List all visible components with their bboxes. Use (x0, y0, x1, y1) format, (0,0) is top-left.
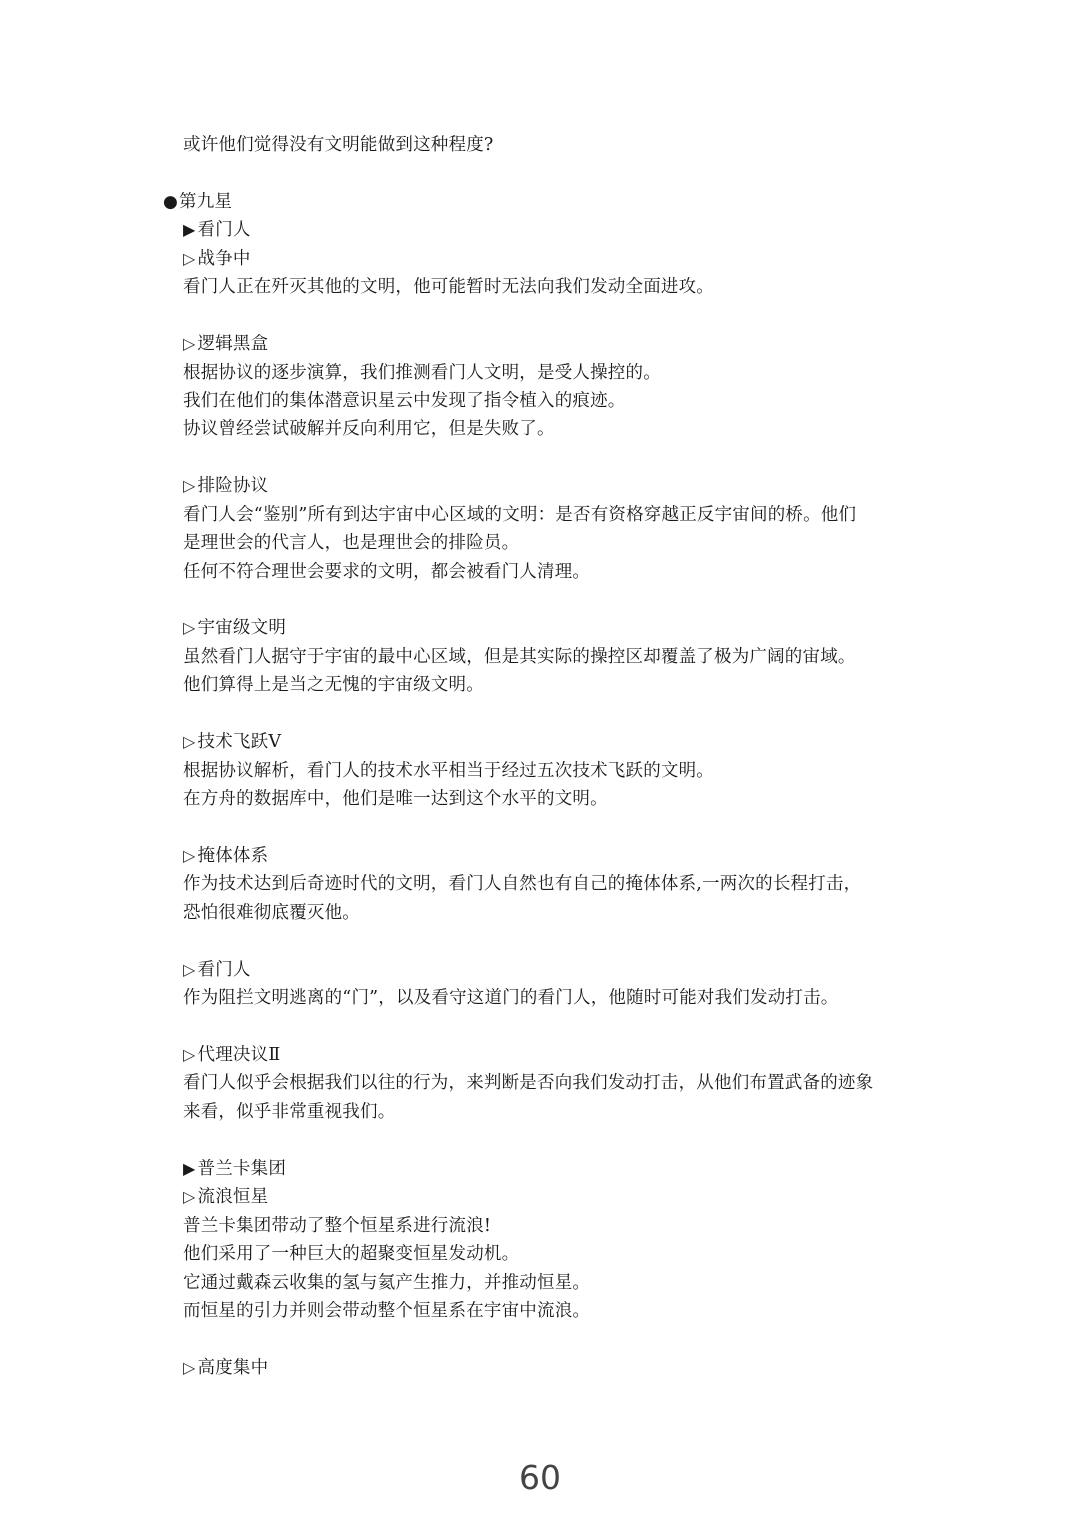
entry-title: 高度集中 (198, 1358, 269, 1378)
outline-triangle-icon: ▷ (183, 1183, 196, 1211)
entry-title: 掩体体系 (198, 846, 269, 866)
entry-text: 它通过戴森云收集的氢与氦产生推力，并推动恒星。 (183, 1269, 923, 1297)
entry-text: 恐怕很难彻底覆灭他。 (183, 899, 923, 927)
entry-text: 来看，似乎非常重视我们。 (183, 1098, 923, 1126)
entry-text: 任何不符合理世会要求的文明，都会被看门人清理。 (183, 558, 923, 586)
entry-heading: ▷掩体体系 (183, 842, 923, 870)
entry-text: 他们算得上是当之无愧的宇宙级文明。 (183, 671, 923, 699)
entry-title: 宇宙级文明 (198, 618, 287, 638)
entry-text: 他们采用了一种巨大的超聚变恒星发动机。 (183, 1240, 923, 1268)
section-heading: ●第九星 (163, 188, 923, 216)
entry-title: 流浪恒星 (198, 1187, 269, 1207)
entry-heading: ▷代理决议Ⅱ (183, 1041, 923, 1069)
entry-heading: ▷逻辑黑盒 (183, 330, 923, 358)
entry-text: 在方舟的数据库中，他们是唯一达到这个水平的文明。 (183, 785, 923, 813)
page-number: 60 (0, 1458, 1080, 1497)
group-heading: ▶普兰卡集团 (183, 1155, 923, 1183)
entry-heading: ▷技术飞跃Ⅴ (183, 728, 923, 756)
outline-triangle-icon: ▷ (183, 614, 196, 642)
entry-heading: ▷看门人 (183, 956, 923, 984)
entry-text: 是理世会的代言人，也是理世会的排险员。 (183, 529, 923, 557)
outline-triangle-icon: ▷ (183, 1354, 196, 1382)
entry-text: 我们在他们的集体潜意识星云中发现了指令植入的痕迹。 (183, 387, 923, 415)
filled-circle-bullet-icon: ● (163, 188, 178, 216)
group-heading: ▶看门人 (183, 216, 923, 244)
outline-triangle-icon: ▷ (183, 330, 196, 358)
entry-heading: ▷高度集中 (183, 1354, 923, 1382)
entry-title: 排险协议 (198, 476, 269, 496)
entry-title: 看门人 (198, 960, 251, 980)
entry-title: 技术飞跃Ⅴ (198, 732, 282, 752)
entry-heading: ▷战争中 (183, 245, 923, 273)
entry-title: 逻辑黑盒 (198, 334, 269, 354)
entry-title: 代理决议Ⅱ (198, 1045, 281, 1065)
entry-title: 战争中 (198, 249, 251, 269)
entry-text: 看门人似乎会根据我们以往的行为，来判断是否向我们发动打击，从他们布置武备的迹象 (183, 1069, 923, 1097)
outline-triangle-icon: ▷ (183, 472, 196, 500)
section-title: 第九星 (179, 192, 232, 212)
outline-triangle-icon: ▷ (183, 245, 196, 273)
filled-triangle-icon: ▶ (183, 1155, 196, 1183)
outline-triangle-icon: ▷ (183, 956, 196, 984)
page-content: 或许他们觉得没有文明能做到这种程度? ●第九星 ▶看门人 ▷战争中 看门人正在歼… (183, 131, 923, 1382)
entry-text: 而恒星的引力并则会带动整个恒星系在宇宙中流浪。 (183, 1297, 923, 1325)
outline-triangle-icon: ▷ (183, 842, 196, 870)
intro-line: 或许他们觉得没有文明能做到这种程度? (183, 131, 923, 159)
group-title: 看门人 (198, 220, 251, 240)
entry-text: 看门人正在歼灭其他的文明，他可能暂时无法向我们发动全面进攻。 (183, 273, 923, 301)
document-page: 或许他们觉得没有文明能做到这种程度? ●第九星 ▶看门人 ▷战争中 看门人正在歼… (0, 0, 1080, 1527)
entry-text: 作为技术达到后奇迹时代的文明，看门人自然也有自己的掩体体系,一两次的长程打击， (183, 870, 923, 898)
group-title: 普兰卡集团 (198, 1159, 287, 1179)
entry-text: 根据协议的逐步演算，我们推测看门人文明，是受人操控的。 (183, 359, 923, 387)
outline-triangle-icon: ▷ (183, 728, 196, 756)
entry-heading: ▷排险协议 (183, 472, 923, 500)
filled-triangle-icon: ▶ (183, 216, 196, 244)
outline-triangle-icon: ▷ (183, 1041, 196, 1069)
entry-heading: ▷宇宙级文明 (183, 614, 923, 642)
entry-text: 看门人会“鉴别”所有到达宇宙中心区域的文明：是否有资格穿越正反宇宙间的桥。他们 (183, 501, 923, 529)
entry-text: 根据协议解析，看门人的技术水平相当于经过五次技术飞跃的文明。 (183, 757, 923, 785)
entry-text: 协议曾经尝试破解并反向利用它，但是失败了。 (183, 415, 923, 443)
entry-text: 虽然看门人据守于宇宙的最中心区域，但是其实际的操控区却覆盖了极为广阔的宙域。 (183, 643, 923, 671)
entry-text: 普兰卡集团带动了整个恒星系进行流浪! (183, 1212, 923, 1240)
entry-heading: ▷流浪恒星 (183, 1183, 923, 1211)
entry-text: 作为阻拦文明逃离的“门”，以及看守这道门的看门人，他随时可能对我们发动打击。 (183, 984, 923, 1012)
